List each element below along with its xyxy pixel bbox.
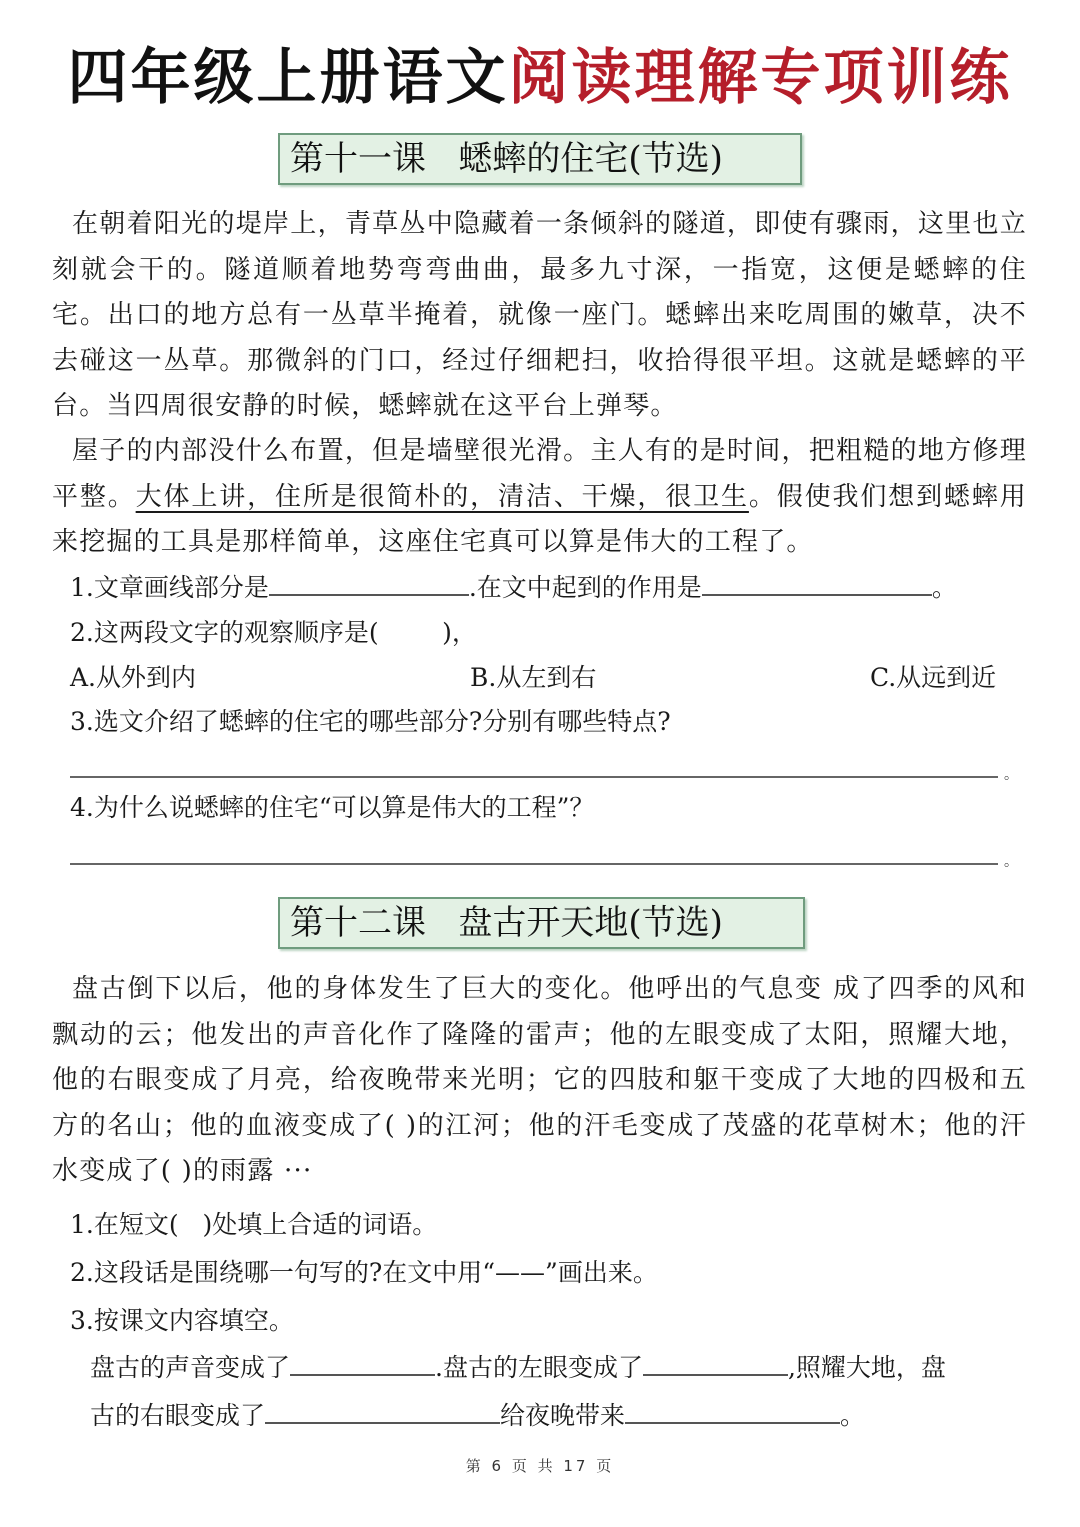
answer-blank[interactable] [290, 1348, 435, 1376]
page-title-red: 阅读理解专项训练 [509, 43, 1013, 113]
answer-blank[interactable] [269, 568, 469, 596]
lesson-11-paragraph-2: 屋子的内部没什么布置，但是墙壁很光滑。主人有的是时间，把粗糙的地方修理平整。大体… [52, 429, 1027, 566]
page-number: 第 6 页 共 17 页 [0, 1455, 1080, 1476]
question-text: .在文中起到的作用是 [469, 573, 702, 602]
answer-blank[interactable] [643, 1348, 788, 1376]
answer-blank[interactable] [265, 1396, 500, 1424]
lesson-12-heading: 第十二课 盘古开天地(节选) [278, 897, 805, 949]
option-b[interactable]: B.从左到右 [470, 658, 596, 698]
underlined-sentence: 大体上讲，住所是很简朴的，清洁、干燥，很卫生 [136, 482, 749, 512]
lesson-12-paragraph: 盘古倒下以后，他的身体发生了巨大的变化。他呼出的气息变 成了四季的风和飘动的云；… [52, 967, 1027, 1195]
option-c[interactable]: C.从远到近 [870, 658, 996, 698]
answer-line-4[interactable] [70, 863, 998, 865]
question-11-2: 2.这两段文字的观察顺序是( )， [70, 613, 477, 653]
question-text: 1.文章画线部分是 [70, 573, 269, 602]
answer-blank[interactable] [702, 568, 932, 596]
fill-in-line-2: 古的右眼变成了给夜晚带来。 [90, 1396, 865, 1436]
question-12-2: 2.这段话是围绕哪一句写的?在文中用“——”画出来。 [70, 1253, 658, 1293]
lesson-11-paragraph-1: 在朝着阳光的堤岸上，青草丛中隐藏着一条倾斜的隧道，即使有骤雨，这里也立刻就会干的… [52, 202, 1027, 430]
fill-text: 给夜晚带来 [500, 1401, 625, 1430]
answer-line-3[interactable] [70, 776, 998, 778]
question-11-3: 3.选文介绍了蟋蟀的住宅的哪些部分?分别有哪些特点? [70, 702, 671, 742]
fill-text: 盘古的声音变成了 [90, 1353, 290, 1382]
question-11-1: 1.文章画线部分是.在文中起到的作用是。 [70, 568, 957, 608]
page-title-black: 四年级上册语文 [68, 43, 509, 113]
question-12-3: 3.按课文内容填空。 [70, 1301, 294, 1341]
question-text: 。 [932, 573, 957, 602]
lesson-11-heading: 第十一课 蟋蟀的住宅(节选) [278, 133, 802, 185]
line-end-mark: 。 [1004, 851, 1018, 871]
line-end-mark: 。 [1004, 764, 1018, 784]
answer-blank[interactable] [625, 1396, 840, 1424]
fill-in-line-1: 盘古的声音变成了.盘古的左眼变成了,照耀大地，盘 [90, 1348, 946, 1388]
page-title: 四年级上册语文阅读理解专项训练 [0, 38, 1080, 118]
fill-text: ,照耀大地，盘 [788, 1353, 946, 1382]
option-a[interactable]: A.从外到内 [70, 658, 196, 698]
fill-text: 。 [840, 1401, 865, 1430]
question-12-1: 1.在短文( )处填上合适的词语。 [70, 1205, 437, 1245]
fill-text: 古的右眼变成了 [90, 1401, 265, 1430]
fill-text: .盘古的左眼变成了 [435, 1353, 643, 1382]
question-11-4: 4.为什么说蟋蟀的住宅“可以算是伟大的工程”？ [70, 788, 594, 828]
